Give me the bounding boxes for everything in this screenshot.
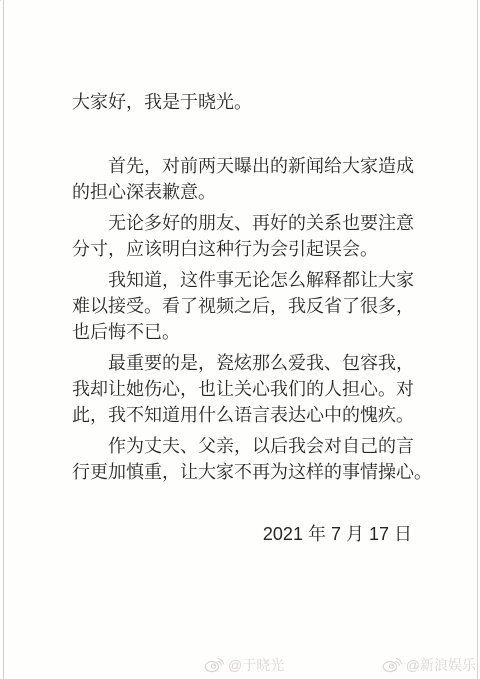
page-edge-top <box>0 0 1 1</box>
weibo-watermark-sina-ent: @新浪娱乐 <box>382 656 476 673</box>
letter-line: 我却让她伤心，也让关心我们的人担心。对 <box>72 376 414 402</box>
letter-line: 作为丈夫、父亲，以后我会对自己的言 <box>72 433 414 459</box>
weibo-icon <box>204 656 224 673</box>
watermark-label: @于晓光 <box>228 657 284 673</box>
paragraph-guilt: 最重要的是，瓷炫那么爱我、包容我， 我却让她伤心，也让关心我们的人担心。对 此，… <box>72 350 414 428</box>
letter-line: 我知道，这件事无论怎么解释都让大家 <box>72 267 414 293</box>
letter-line: 的担心深表歉意。 <box>72 179 414 205</box>
greeting-line: 大家好，我是于晓光。 <box>72 89 414 115</box>
paragraph-apology: 首先，对前两天曝出的新闻给大家造成 的担心深表歉意。 <box>72 153 414 205</box>
paragraph-boundaries: 无论多好的朋友、再好的关系也要注意 分寸，应该明白这种行为会引起误会。 <box>72 210 414 262</box>
letter-line: 行更加慎重，让大家不再为这样的事情操心。 <box>72 459 414 485</box>
letter-line: 首先，对前两天曝出的新闻给大家造成 <box>72 153 414 179</box>
date-line: 2021 年 7 月 17 日 <box>72 521 414 547</box>
weibo-watermark-author: @于晓光 <box>204 656 284 673</box>
letter-line: 也后悔不已。 <box>72 319 414 345</box>
letter-line: 难以接受。看了视频之后，我反省了很多， <box>72 293 414 319</box>
page-edge-right <box>477 0 478 679</box>
weibo-icon <box>382 656 402 673</box>
paragraph-promise: 作为丈夫、父亲，以后我会对自己的言 行更加慎重，让大家不再为这样的事情操心。 <box>72 433 414 485</box>
letter-line: 无论多好的朋友、再好的关系也要注意 <box>72 210 414 236</box>
page-edge-left <box>3 0 4 679</box>
letter-body: 大家好，我是于晓光。 首先，对前两天曝出的新闻给大家造成 的担心深表歉意。 无论… <box>72 89 414 547</box>
letter-line: 分寸，应该明白这种行为会引起误会。 <box>72 236 414 262</box>
watermark-label: @新浪娱乐 <box>406 657 476 673</box>
letter-line: 此，我不知道用什么语言表达心中的愧疚。 <box>72 402 414 428</box>
letter-line: 最重要的是，瓷炫那么爱我、包容我， <box>72 350 414 376</box>
paragraph-reflection: 我知道，这件事无论怎么解释都让大家 难以接受。看了视频之后，我反省了很多， 也后… <box>72 267 414 345</box>
letter-page: 大家好，我是于晓光。 首先，对前两天曝出的新闻给大家造成 的担心深表歉意。 无论… <box>0 0 480 679</box>
